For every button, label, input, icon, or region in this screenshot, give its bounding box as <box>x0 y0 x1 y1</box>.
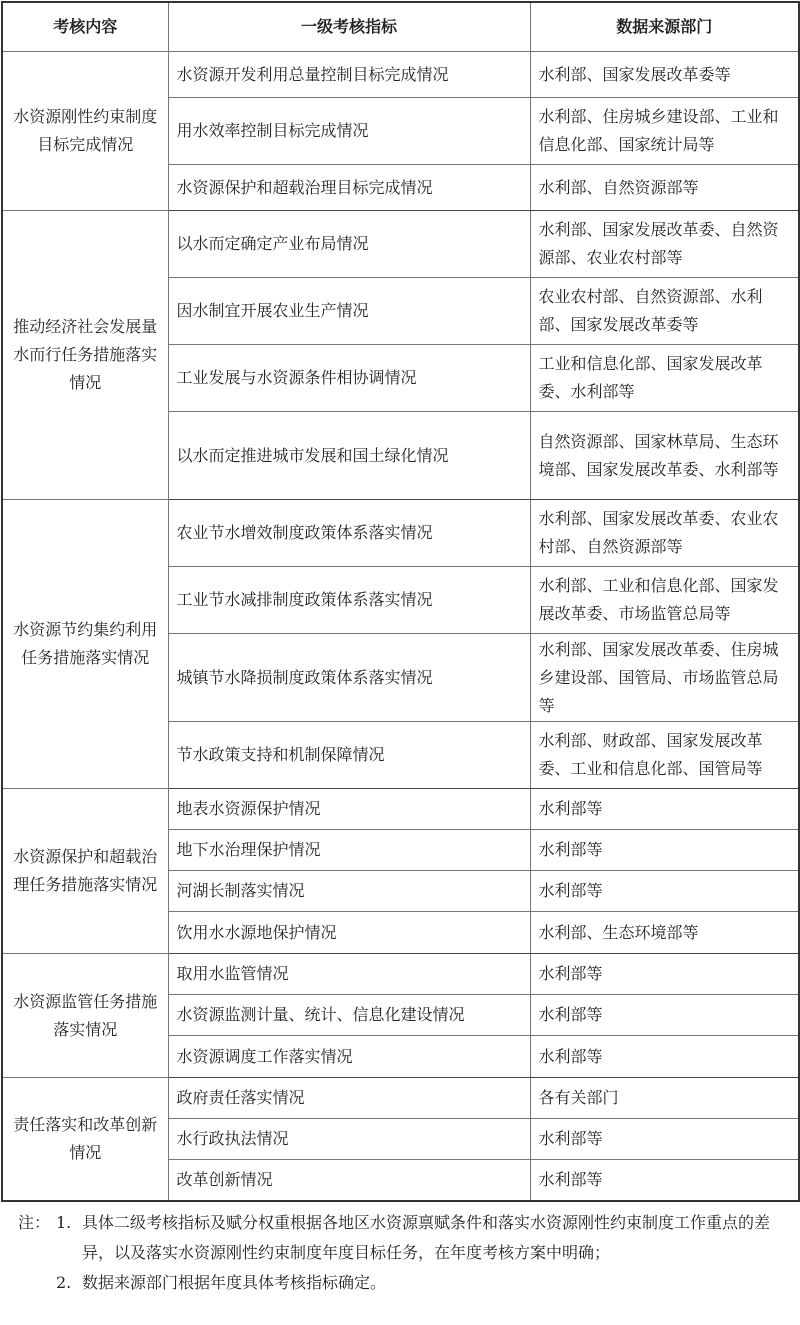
table-row: 水资源监管任务措施落实情况取用水监管情况水利部等 <box>2 954 799 995</box>
primary-indicator: 以水而定推进城市发展和国土绿化情况 <box>168 412 530 500</box>
assessment-category: 推动经济社会发展量水而行任务措施落实情况 <box>2 211 168 500</box>
assessment-category: 水资源保护和超载治理任务措施落实情况 <box>2 789 168 954</box>
primary-indicator: 因水制宜开展农业生产情况 <box>168 278 530 345</box>
data-source-department: 水利部、自然资源部等 <box>530 165 799 211</box>
primary-indicator: 水资源监测计量、统计、信息化建设情况 <box>168 995 530 1036</box>
primary-indicator: 水资源保护和超载治理目标完成情况 <box>168 165 530 211</box>
table-row: 推动经济社会发展量水而行任务措施落实情况以水而定确定产业布局情况水利部、国家发展… <box>2 211 799 278</box>
assessment-category: 水资源监管任务措施落实情况 <box>2 954 168 1078</box>
table-notes: 注： 1. 具体二级考核指标及赋分权重根据各地区水资源禀赋条件和落实水资源刚性约… <box>18 1208 798 1298</box>
data-source-department: 水利部、国家发展改革委、自然资源部、农业农村部等 <box>530 211 799 278</box>
primary-indicator: 水资源开发利用总量控制目标完成情况 <box>168 52 530 98</box>
note-number: 2. <box>56 1268 82 1298</box>
data-source-department: 水利部、国家发展改革委、住房城乡建设部、国管局、市场监管总局等 <box>530 634 799 722</box>
primary-indicator: 水资源调度工作落实情况 <box>168 1036 530 1078</box>
data-source-department: 水利部、生态环境部等 <box>530 912 799 954</box>
note-prefix: 注： <box>18 1208 56 1268</box>
primary-indicator: 工业节水减排制度政策体系落实情况 <box>168 567 530 634</box>
primary-indicator: 饮用水水源地保护情况 <box>168 912 530 954</box>
header-primary-indicator: 一级考核指标 <box>168 2 530 52</box>
primary-indicator: 地下水治理保护情况 <box>168 830 530 871</box>
assessment-category: 责任落实和改革创新情况 <box>2 1078 168 1201</box>
data-source-department: 水利部等 <box>530 995 799 1036</box>
table-row: 责任落实和改革创新情况政府责任落实情况各有关部门 <box>2 1078 799 1119</box>
data-source-department: 水利部等 <box>530 1119 799 1160</box>
primary-indicator: 城镇节水降损制度政策体系落实情况 <box>168 634 530 722</box>
note-text: 数据来源部门根据年度具体考核指标确定。 <box>82 1268 798 1298</box>
note-number: 1. <box>56 1208 82 1268</box>
note-text: 具体二级考核指标及赋分权重根据各地区水资源禀赋条件和落实水资源刚性约束制度工作重… <box>82 1208 798 1268</box>
note-item: 注： 1. 具体二级考核指标及赋分权重根据各地区水资源禀赋条件和落实水资源刚性约… <box>18 1208 798 1268</box>
assessment-table: 考核内容 一级考核指标 数据来源部门 水资源刚性约束制度目标完成情况水资源开发利… <box>1 1 800 1202</box>
data-source-department: 各有关部门 <box>530 1078 799 1119</box>
data-source-department: 农业农村部、自然资源部、水利部、国家发展改革委等 <box>530 278 799 345</box>
data-source-department: 工业和信息化部、国家发展改革委、水利部等 <box>530 345 799 412</box>
primary-indicator: 改革创新情况 <box>168 1160 530 1201</box>
primary-indicator: 水行政执法情况 <box>168 1119 530 1160</box>
primary-indicator: 农业节水增效制度政策体系落实情况 <box>168 500 530 567</box>
assessment-category: 水资源刚性约束制度目标完成情况 <box>2 52 168 211</box>
header-data-source: 数据来源部门 <box>530 2 799 52</box>
table-body: 水资源刚性约束制度目标完成情况水资源开发利用总量控制目标完成情况水利部、国家发展… <box>2 52 799 1201</box>
data-source-department: 水利部等 <box>530 871 799 912</box>
data-source-department: 水利部、工业和信息化部、国家发展改革委、市场监管总局等 <box>530 567 799 634</box>
primary-indicator: 政府责任落实情况 <box>168 1078 530 1119</box>
data-source-department: 水利部等 <box>530 789 799 830</box>
table-row: 水资源刚性约束制度目标完成情况水资源开发利用总量控制目标完成情况水利部、国家发展… <box>2 52 799 98</box>
data-source-department: 水利部等 <box>530 1036 799 1078</box>
assessment-category: 水资源节约集约利用任务措施落实情况 <box>2 500 168 789</box>
primary-indicator: 节水政策支持和机制保障情况 <box>168 722 530 789</box>
data-source-department: 水利部、国家发展改革委等 <box>530 52 799 98</box>
header-assessment-content: 考核内容 <box>2 2 168 52</box>
data-source-department: 水利部、国家发展改革委、农业农村部、自然资源部等 <box>530 500 799 567</box>
data-source-department: 水利部等 <box>530 1160 799 1201</box>
data-source-department: 水利部、财政部、国家发展改革委、工业和信息化部、国管局等 <box>530 722 799 789</box>
data-source-department: 水利部、住房城乡建设部、工业和信息化部、国家统计局等 <box>530 98 799 165</box>
primary-indicator: 取用水监管情况 <box>168 954 530 995</box>
primary-indicator: 以水而定确定产业布局情况 <box>168 211 530 278</box>
data-source-department: 水利部等 <box>530 954 799 995</box>
data-source-department: 自然资源部、国家林草局、生态环境部、国家发展改革委、水利部等 <box>530 412 799 500</box>
table-header-row: 考核内容 一级考核指标 数据来源部门 <box>2 2 799 52</box>
primary-indicator: 工业发展与水资源条件相协调情况 <box>168 345 530 412</box>
table-row: 水资源节约集约利用任务措施落实情况农业节水增效制度政策体系落实情况水利部、国家发… <box>2 500 799 567</box>
primary-indicator: 用水效率控制目标完成情况 <box>168 98 530 165</box>
note-item: 2. 数据来源部门根据年度具体考核指标确定。 <box>18 1268 798 1298</box>
primary-indicator: 地表水资源保护情况 <box>168 789 530 830</box>
table-row: 水资源保护和超载治理任务措施落实情况地表水资源保护情况水利部等 <box>2 789 799 830</box>
data-source-department: 水利部等 <box>530 830 799 871</box>
primary-indicator: 河湖长制落实情况 <box>168 871 530 912</box>
